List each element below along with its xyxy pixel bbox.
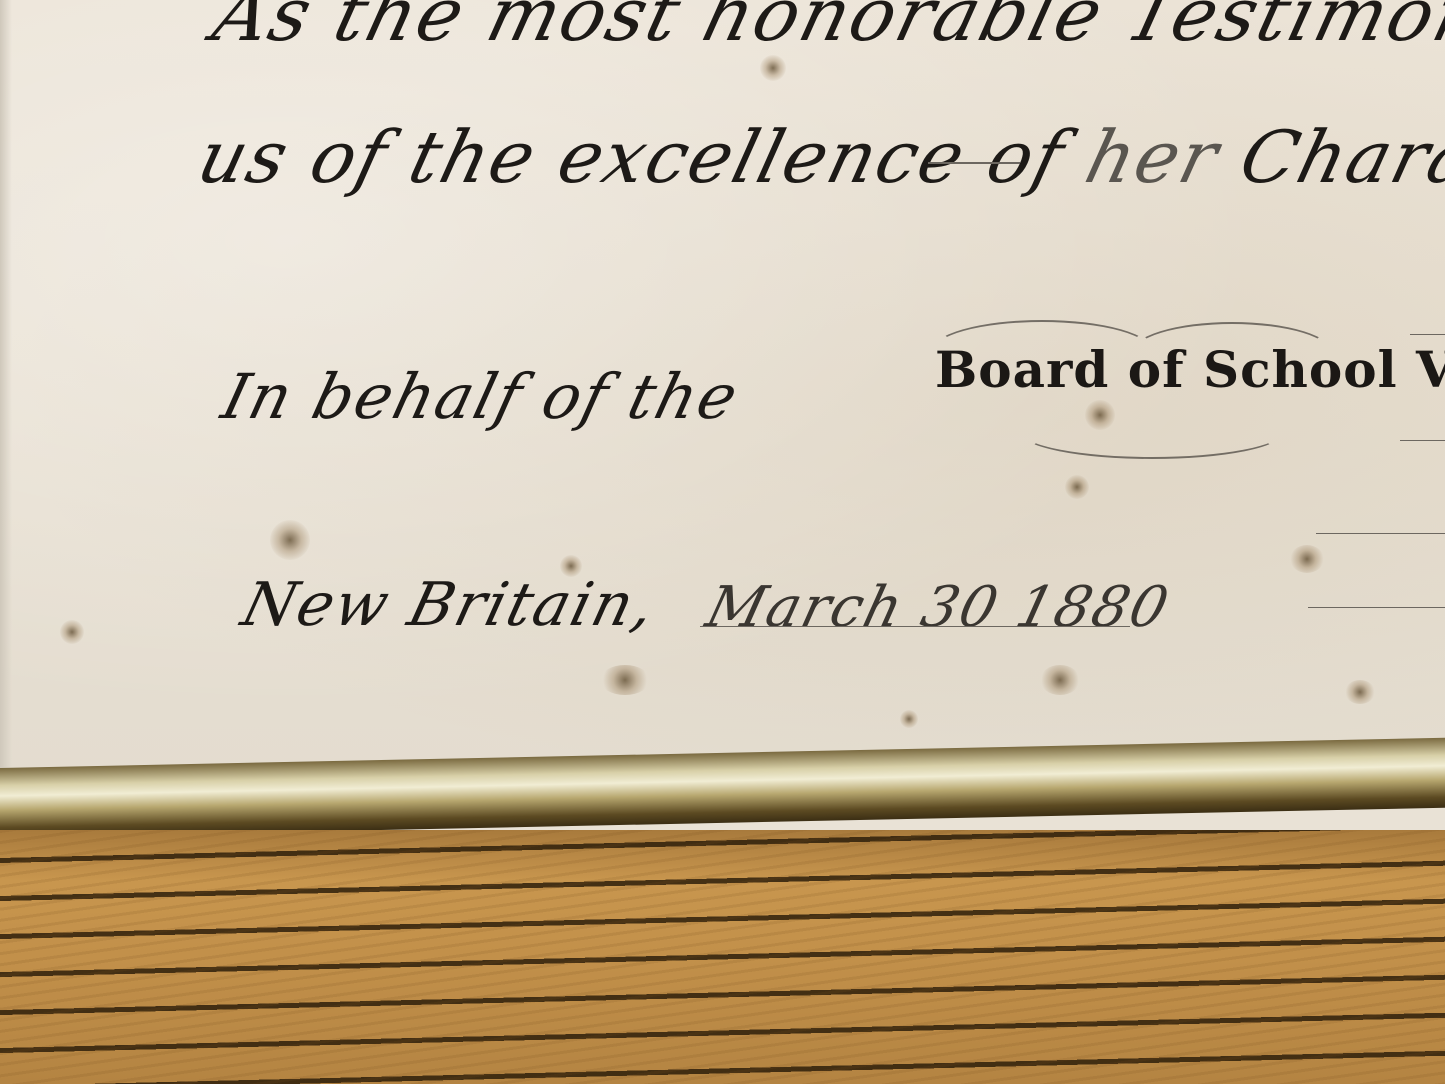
testimonial-line: As the most honorable Testimonial (205, 0, 1445, 58)
foxing-spot (1065, 475, 1089, 499)
excellence-line: us of the excellence of her Charact (190, 115, 1445, 199)
signature-line (1308, 607, 1445, 608)
behalf-line: In behalf of the (215, 360, 747, 433)
foxing-spot (900, 710, 918, 728)
signature-line (1400, 440, 1445, 441)
pronoun-underline (928, 162, 1020, 164)
foxing-spot (1290, 545, 1324, 573)
foxing-spot (760, 55, 786, 81)
board-title: Board of School Visi (935, 340, 1445, 399)
foxing-spot (1345, 680, 1375, 704)
foxing-spot (60, 620, 84, 644)
paper-edge (0, 0, 12, 800)
place-text: New Britain, (235, 570, 664, 640)
line-prefix: us of the excellence of (190, 115, 1074, 199)
foxing-spot (1040, 665, 1080, 695)
signature-line (1316, 533, 1445, 534)
date-text: March 30 1880 (700, 575, 1177, 640)
foxing-spot (270, 520, 310, 560)
flourish (1020, 405, 1284, 459)
signature-line (1410, 334, 1445, 335)
line-suffix: Charact (1232, 115, 1445, 199)
foxing-spot (600, 665, 650, 695)
pronoun-fill: her (1078, 115, 1228, 199)
date-underline (700, 626, 1130, 627)
wood-grain (0, 830, 1445, 1084)
